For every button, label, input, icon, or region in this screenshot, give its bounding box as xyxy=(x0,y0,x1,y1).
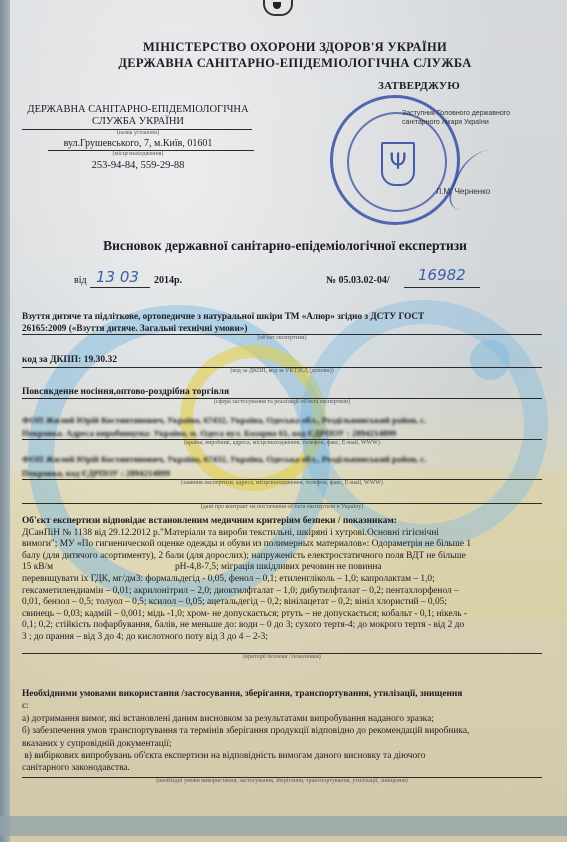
criteria-line: вимоги"; МУ «По гигиенической оценке оде… xyxy=(22,539,562,551)
issuer-address: вул.Грушевського, 7, м.Київ, 01601 xyxy=(18,138,258,149)
usage-conditions: Необхідними умовами використання /застос… xyxy=(22,688,562,775)
conditions-line: вказаних у супровідній документації; xyxy=(22,738,562,750)
conditions-caption: (необхідні умови використання, застосува… xyxy=(22,778,542,784)
object-caption: (об'єкт експертизи) xyxy=(22,335,542,341)
date-prefix: від xyxy=(74,275,87,286)
issuer-name-line1: ДЕРЖАВНА САНІТАРНО-ЕПІДЕМІОЛОГІЧНА xyxy=(18,104,258,115)
criteria-line: свинець – 0,03; кадмій – 0,001; мідь -1,… xyxy=(22,609,562,621)
service-heading: ДЕРЖАВНА САНІТАРНО-ЕПІДЕМІОЛОГІЧНА СЛУЖБ… xyxy=(60,56,530,71)
approval-position-line2: санітарного лікаря України xyxy=(402,119,489,126)
issuer-address-caption: (місцезнаходження) xyxy=(18,151,258,157)
conditions-line: в) вибіркових випробувань об'єкта експер… xyxy=(22,750,562,762)
criteria-line: балу (для дитячого асортименту), 2 бали … xyxy=(22,551,562,563)
trident-icon: Ψ xyxy=(381,142,415,186)
criteria-line: 3 ; до прання – від 3 до 4; до кислотног… xyxy=(22,632,562,644)
number-prefix: № 05.03.02-04/ xyxy=(326,275,390,286)
applicant-caption: (заявник експертизи, адреса, місцезнаход… xyxy=(22,480,542,486)
criteria-line: 0,1; 0,2; стійкість пофарбування, балів,… xyxy=(22,620,562,632)
manufacturer-caption: (країна, виробник, адреса, місцезнаходже… xyxy=(22,440,542,446)
criteria-line: Об'єкт експертизи відповідає встановлени… xyxy=(22,516,562,528)
object-line2: 26165:2009 («Взуття дитяче. Загальні тех… xyxy=(22,323,247,333)
manufacturer-line2: Покровка. Адреса виробництва: Україна, м… xyxy=(22,428,396,438)
manufacturer-line1: ФОП Жилий Юрій Костянтинович, Україна, 6… xyxy=(22,415,426,425)
approval-position-line1: Заступник Головного державного xyxy=(402,110,510,117)
criteria-line: 15 кВ/м рН-4,8-7,5; міграція шкідливих р… xyxy=(22,562,562,574)
divider xyxy=(404,287,480,288)
criteria-line: ДСанПіН № 1138 від 29.12.2012 р."Матеріа… xyxy=(22,528,562,540)
criteria-caption: (критерії безпеки / показники) xyxy=(22,654,542,660)
safety-criteria: Об'єкт експертизи відповідає встановлени… xyxy=(22,516,562,644)
criteria-line: 0,01, бензол – 0,5; толуол – 0,5; ксилол… xyxy=(22,597,562,609)
usage-scope: Повсякденне носіння,оптово-роздрібна тор… xyxy=(22,387,229,397)
date-suffix: 2014р. xyxy=(154,275,182,286)
divider xyxy=(90,287,150,288)
approval-signer: Л.М. Черненко xyxy=(436,187,490,196)
issuer-name-line2: СЛУЖБА УКРАЇНИ xyxy=(18,116,258,127)
applicant-line1: ФОП Жилий Юрій Костянтинович, Україна, 6… xyxy=(22,454,426,464)
object-line1: Взуття дитяче та підліткове, ортопедичне… xyxy=(22,311,424,321)
conditions-line: б) забезпечення умов транспортування та … xyxy=(22,725,562,737)
product-code: код за ДКПП: 19.30.32 xyxy=(22,355,117,365)
issuer-phones: 253-94-84, 559-29-88 xyxy=(18,160,258,171)
code-caption: (код за ДКПП, код за УКТЗЕД (доповн)) xyxy=(22,368,542,374)
applicant-line2: Покровка, код ЄДРПОУ : 2894214899 xyxy=(22,468,170,478)
criteria-line: перевищувати їх ГДК, мг/дм3: формальдегі… xyxy=(22,574,562,586)
date-handwritten: 13 03 xyxy=(96,268,139,286)
approval-label: ЗАТВЕРДЖУЮ xyxy=(378,80,460,92)
usage-caption: (сфера застосування та реалізації об'єкт… xyxy=(22,399,542,405)
conditions-line: а) дотримання вимог, які встановлені дан… xyxy=(22,713,562,725)
criteria-line: гексаметилендиамін – 0,01; акрилонітрил … xyxy=(22,586,562,598)
ministry-heading: МІНІСТЕРСТВО ОХОРОНИ ЗДОРОВ'Я УКРАЇНИ xyxy=(60,40,530,55)
number-handwritten: 16982 xyxy=(418,266,466,284)
conditions-line: є: xyxy=(22,700,562,712)
contract-caption: (дані про контракт на постачання об'єкта… xyxy=(22,504,542,510)
scan-edge xyxy=(0,0,10,842)
document-title: Висновок державної санітарно-епідеміолог… xyxy=(30,238,540,254)
conditions-line: Необхідними умовами використання /застос… xyxy=(22,688,562,700)
issuer-name-caption: (назва установи) xyxy=(18,130,258,136)
scan-fold-band xyxy=(0,816,567,836)
conditions-line: санітарного законодавства. xyxy=(22,762,562,774)
